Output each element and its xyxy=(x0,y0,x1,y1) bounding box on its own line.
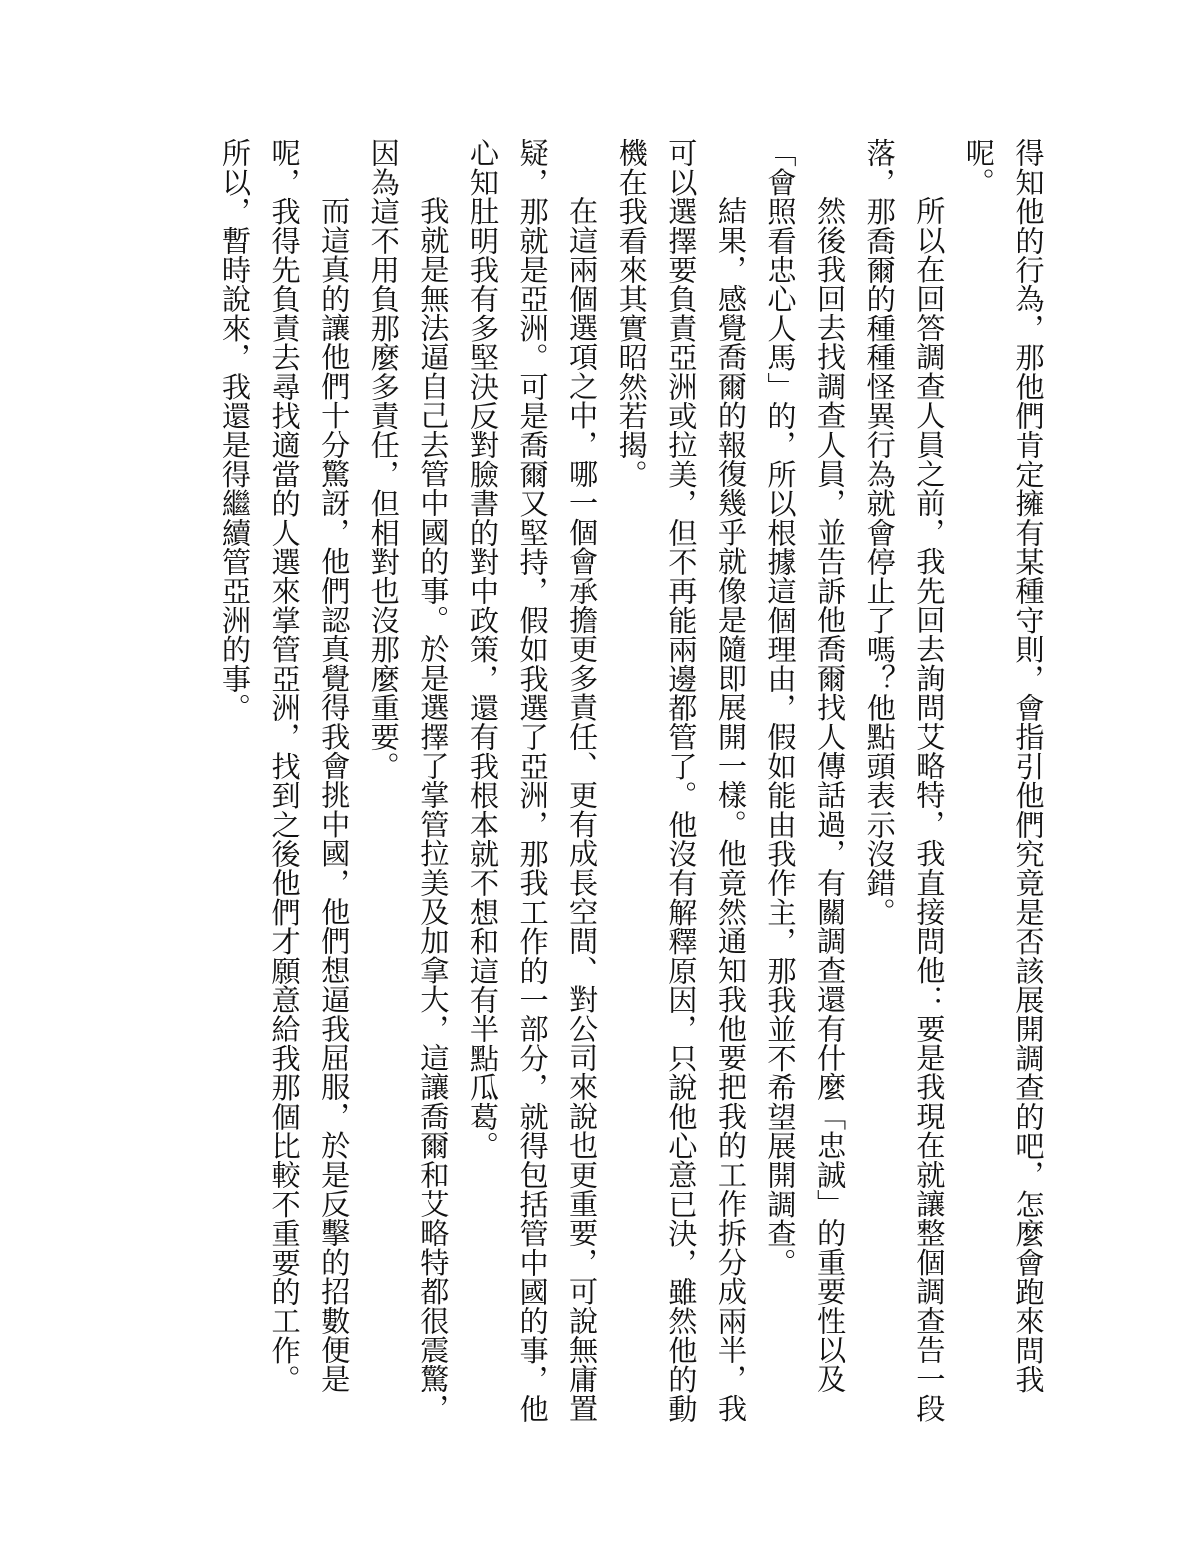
paragraph-6: 我就是無法逼自己去管中國的事。於是選擇了掌管拉美及加拿大，這讓喬爾和艾略特都很震… xyxy=(358,138,457,1428)
paragraph-4: 結果，感覺喬爾的報復幾乎就像是隨即展開一樣。他竟然通知我他要把我的工作拆分成兩半… xyxy=(606,138,755,1428)
paragraph-1: 得知他的行為，那他們肯定擁有某種守則，會指引他們究竟是否該展開調查的吧，怎麼會跑… xyxy=(953,138,1052,1428)
paragraph-7: 而這真的讓他們十分驚訝，他們認真覺得我會挑中國，他們想逼我屈服，於是反擊的招數便… xyxy=(259,138,358,1428)
paragraph-8: 所以，暫時說來，我還是得繼續管亞洲的事。 xyxy=(209,138,259,1428)
vertical-text-page: 得知他的行為，那他們肯定擁有某種守則，會指引他們究竟是否該展開調查的吧，怎麼會跑… xyxy=(209,138,1052,1428)
paragraph-5: 在這兩個選項之中，哪一個會承擔更多責任、更有成長空間、對公司來說也更重要，可說無… xyxy=(457,138,606,1428)
paragraph-3: 然後我回去找調查人員，並告訴他喬爾找人傳話過，有關調查還有什麼「忠誠」的重要性以… xyxy=(754,138,853,1428)
paragraph-2: 所以在回答調查人員之前，我先回去詢問艾略特，我直接問他：要是我現在就讓整個調查告… xyxy=(854,138,953,1428)
